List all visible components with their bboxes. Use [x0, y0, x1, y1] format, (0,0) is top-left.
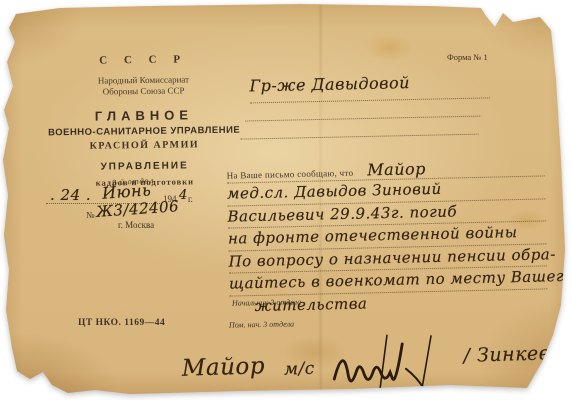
document-paper: С С С Р Народный Комиссариат Обороны Сою… — [0, 0, 572, 400]
letterhead: С С С Р Народный Комиссариат Обороны Сою… — [37, 53, 251, 189]
letterhead-country: С С С Р — [37, 53, 249, 68]
city-label: г. Москва — [118, 220, 154, 230]
addressee-block: Гр-же Давыдовой — [239, 71, 490, 139]
letterhead-org-line3: КРАСНОЙ АРМИИ — [38, 139, 250, 153]
number-label: № — [86, 210, 95, 220]
letterhead-dept-line1: УПРАВЛЕНИЕ — [39, 160, 251, 174]
form-number-label: Форма № 1 — [447, 52, 488, 62]
signature-service-handwritten: м/с — [284, 359, 315, 380]
signature-row: Майор м/с / Зинкев — [181, 336, 553, 400]
print-code: ЦТ НКО. 1169—44 — [78, 318, 165, 328]
letterhead-org-line1: ГЛАВНОЕ — [38, 107, 250, 125]
signature-name-handwritten: / Зинкев — [463, 342, 550, 367]
official-title-assistant: Пом. нач. 3 отдела — [229, 319, 294, 329]
year-digit-handwritten: 4 — [179, 188, 188, 203]
signature-rank-handwritten: Майор — [181, 353, 265, 382]
letterhead-commissariat-line2: Обороны Союза ССР — [38, 85, 250, 99]
body-handwritten-0: Майор — [367, 159, 426, 179]
official-title-chief: Начальник 3 отдела . — [232, 297, 305, 307]
year-suffix: г. — [188, 194, 193, 204]
scanned-document: С С С Р Народный Комиссариат Обороны Сою… — [0, 0, 572, 400]
addressee-handwritten: Гр-же Давыдовой — [249, 73, 410, 95]
body-text: На Ваше письмо сообщаю, что Майор мед.сл… — [226, 151, 548, 317]
addressee-line-3 — [240, 117, 478, 140]
letterhead-org-line2: ВОЕННО-САНИТАРНОЕ УПРАВЛЕНИЕ — [38, 125, 250, 139]
date-day-handwritten: . 24 . — [50, 186, 91, 204]
signature-flourish — [319, 331, 461, 397]
